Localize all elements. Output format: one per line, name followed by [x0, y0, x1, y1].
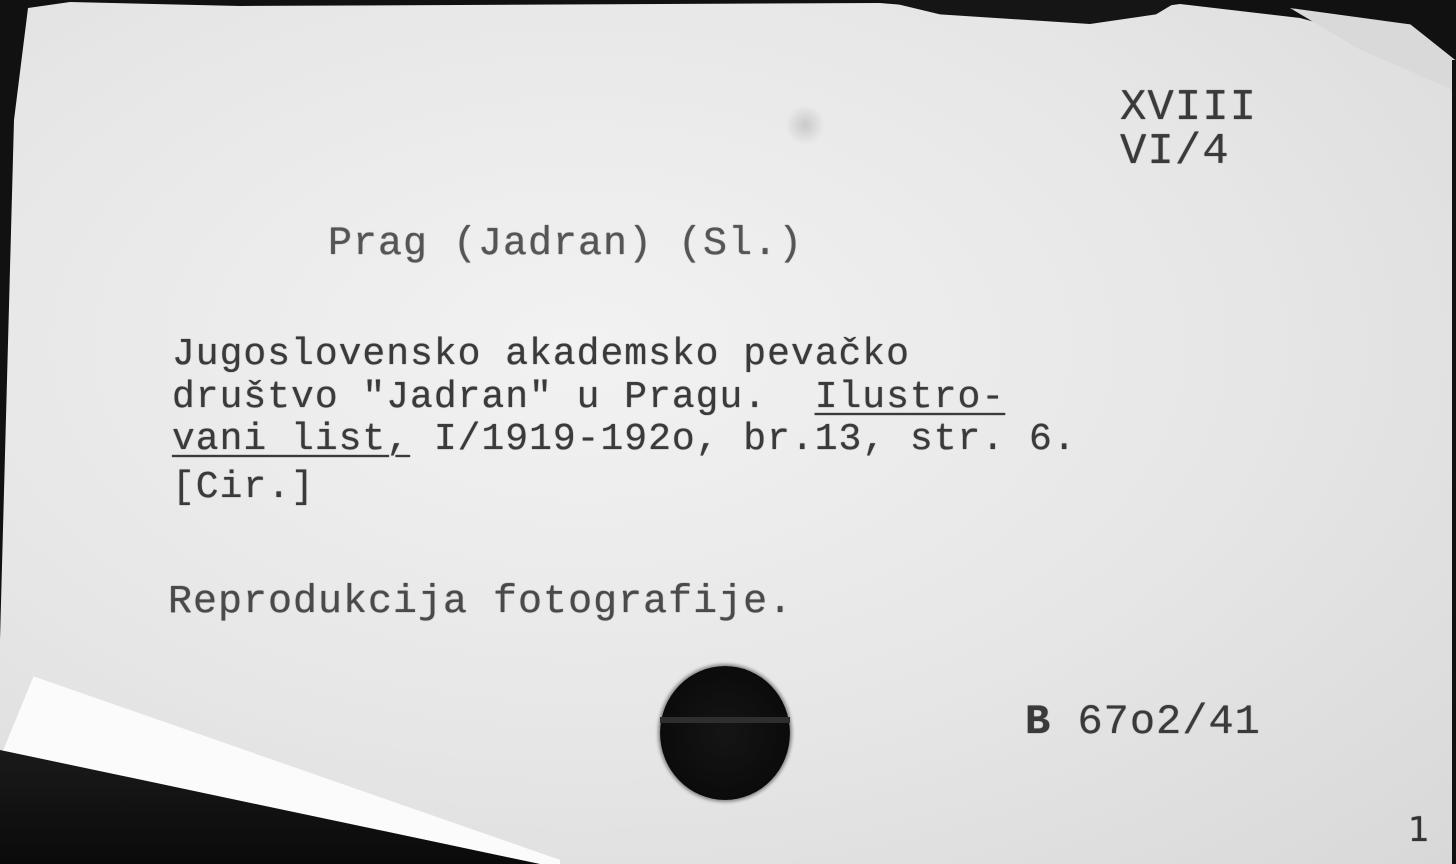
call-number: XVIII VI/4 — [1120, 86, 1257, 174]
description-line-2: društvo "Jadran" u Pragu. Ilustro- — [172, 378, 1005, 418]
description-line-1: Jugoslovensko akademsko pevačko — [172, 335, 910, 375]
smudge — [785, 105, 825, 145]
description-text: društvo "Jadran" u Pragu. — [172, 376, 815, 419]
inventory-prefix: B — [1025, 698, 1051, 746]
punch-hole — [660, 666, 790, 800]
inventory-number: B 67o2/41 — [1025, 698, 1261, 746]
scan-border — [1452, 60, 1456, 864]
inventory-value: 67o2/41 — [1077, 698, 1260, 746]
issue-reference: I/1919-192o, br.13, str. 6. — [410, 418, 1077, 461]
page-mark: 1 — [1408, 810, 1431, 850]
publication-title-part-2: vani list, — [172, 418, 410, 461]
script-note: [Cir.] — [172, 468, 315, 508]
card-heading: Prag (Jadran) (Sl.) — [328, 222, 803, 267]
description-line-3: vani list, I/1919-192o, br.13, str. 6. — [172, 420, 1077, 460]
call-number-line-1: XVIII — [1120, 83, 1257, 133]
publication-title-part-1: Ilustro- — [815, 376, 1005, 419]
reproduction-note: Reprodukcija fotografije. — [168, 580, 793, 625]
call-number-line-2: VI/4 — [1120, 127, 1230, 177]
